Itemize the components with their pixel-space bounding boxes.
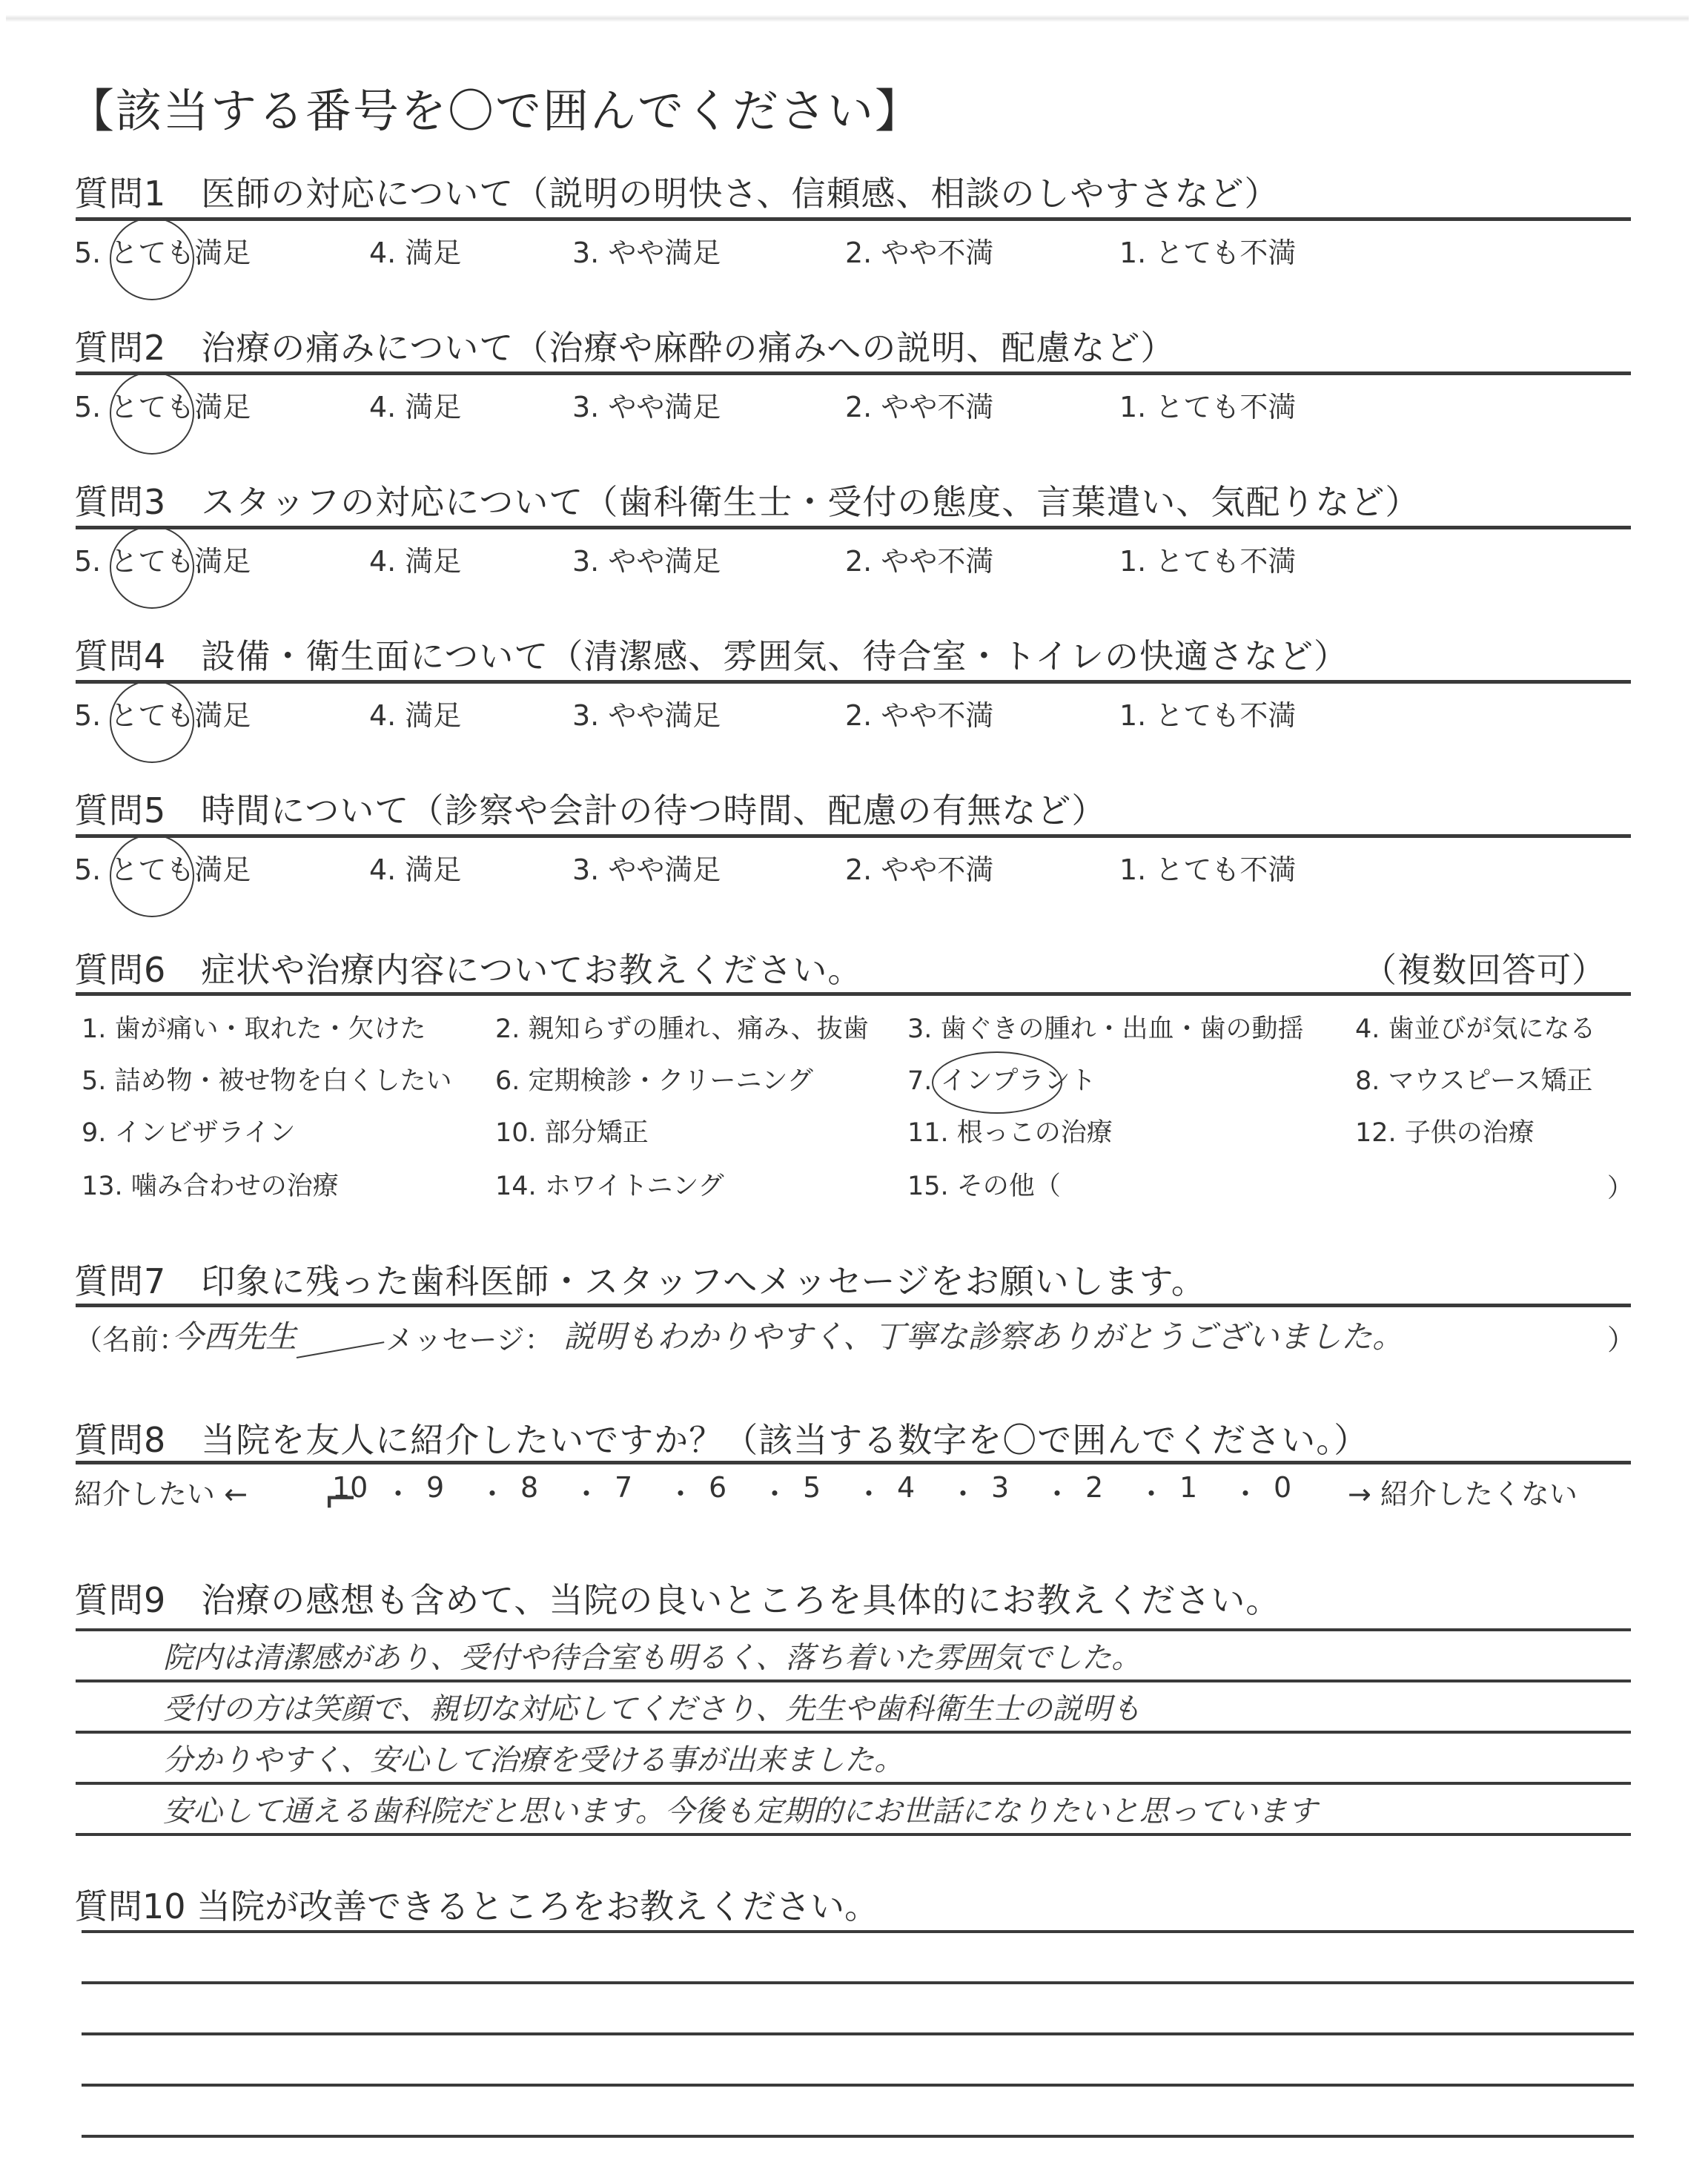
q8-separator-dot: ・ — [1137, 1471, 1165, 1512]
q9-writing-line — [76, 1782, 1631, 1785]
q5-rule — [76, 834, 1631, 838]
q1-option-2[interactable]: 2. やや不満 — [845, 230, 993, 271]
q5-option-2[interactable]: 2. やや不満 — [845, 847, 993, 888]
q8-score-2[interactable]: 2 — [1085, 1471, 1103, 1504]
q9-writing-line — [76, 1628, 1631, 1631]
q6-selection-circle — [932, 1051, 1062, 1114]
q4-option-1[interactable]: 1. とても不満 — [1119, 693, 1296, 733]
q4-option-3[interactable]: 3. やや満足 — [572, 693, 721, 733]
page-title: 【該当する番号を〇で囲んでください】 — [68, 74, 922, 140]
q3-selection-circle — [110, 526, 194, 609]
q9-writing-line — [76, 1680, 1631, 1682]
q8-right-label: → 紹介したくない — [1348, 1471, 1578, 1512]
q5-selection-circle — [110, 834, 194, 917]
q6-option-4[interactable]: 4. 歯並びが気になる — [1355, 1008, 1596, 1046]
q8-separator-dot: ・ — [572, 1471, 600, 1512]
q9-writing-line — [76, 1833, 1631, 1836]
q5-title: 質問5 時間について（診察や会計の待つ時間、配慮の有無など） — [74, 784, 1106, 833]
q3-option-3[interactable]: 3. やや満足 — [572, 538, 721, 579]
q6-rule — [76, 992, 1631, 996]
q8-score-9[interactable]: 9 — [426, 1471, 444, 1504]
q5-option-4[interactable]: 4. 満足 — [369, 847, 461, 888]
q6-option-10[interactable]: 10. 部分矯正 — [495, 1112, 649, 1149]
q8-score-5[interactable]: 5 — [803, 1471, 821, 1504]
q6-note: （複数回答可） — [1363, 943, 1606, 992]
q9-title: 質問9 治療の感想も含めて、当院の良いところを具体的にお教えください。 — [74, 1573, 1280, 1622]
q2-option-2[interactable]: 2. やや不満 — [845, 384, 993, 425]
q8-separator-dot: ・ — [478, 1471, 506, 1512]
q3-rule — [76, 526, 1631, 529]
q7-message-label: メッセージ： — [385, 1317, 553, 1358]
q6-option-5[interactable]: 5. 詰め物・被せ物を白くしたい — [82, 1060, 452, 1097]
q8-score-4[interactable]: 4 — [897, 1471, 915, 1504]
q10-title: 質問10 当院が改善できるところをお教えください。 — [74, 1880, 878, 1929]
q2-title: 質問2 治療の痛みについて（治療や麻酔の痛みへの説明、配慮など） — [74, 321, 1175, 370]
q5-option-1[interactable]: 1. とても不満 — [1119, 847, 1296, 888]
q2-rule — [76, 371, 1631, 375]
q6-option-3[interactable]: 3. 歯ぐきの腫れ・出血・歯の動揺 — [907, 1008, 1304, 1046]
q5-option-3[interactable]: 3. やや満足 — [572, 847, 721, 888]
q6-other-close: ） — [1607, 1168, 1633, 1205]
underline-stroke — [297, 1341, 385, 1358]
q6-option-15[interactable]: 15. その他（ — [907, 1166, 1061, 1203]
q6-title: 質問6 症状や治療内容についてお教えください。 — [74, 943, 862, 992]
q10-writing-line[interactable] — [82, 2084, 1634, 2087]
q8-separator-dot: ・ — [949, 1471, 977, 1512]
q8-handwritten-mark: ⌐ — [323, 1476, 358, 1524]
q2-option-4[interactable]: 4. 満足 — [369, 384, 461, 425]
q1-option-1[interactable]: 1. とても不満 — [1119, 230, 1296, 271]
q1-option-3[interactable]: 3. やや満足 — [572, 230, 721, 271]
q7-rule — [76, 1304, 1631, 1307]
q7-name-field[interactable]: 今西先生 — [172, 1312, 297, 1357]
q8-score-1[interactable]: 1 — [1179, 1471, 1197, 1504]
q2-option-3[interactable]: 3. やや満足 — [572, 384, 721, 425]
q8-separator-dot: ・ — [1043, 1471, 1071, 1512]
q6-option-8[interactable]: 8. マウスピース矯正 — [1355, 1060, 1592, 1097]
q6-option-9[interactable]: 9. インビザライン — [82, 1112, 295, 1149]
q8-left-label: 紹介したい ← — [74, 1471, 248, 1512]
q1-option-4[interactable]: 4. 満足 — [369, 230, 461, 271]
q6-option-13[interactable]: 13. 噛み合わせの治療 — [82, 1166, 339, 1203]
q8-separator-dot: ・ — [855, 1471, 883, 1512]
q6-option-1[interactable]: 1. 歯が痛い・取れた・欠けた — [82, 1008, 426, 1046]
q4-selection-circle — [110, 680, 194, 763]
q10-writing-line[interactable] — [82, 2032, 1634, 2035]
q8-title: 質問8 当院を友人に紹介したいですか？（該当する数字を〇で囲んでください。） — [74, 1413, 1368, 1462]
q8-score-3[interactable]: 3 — [991, 1471, 1009, 1504]
q2-option-1[interactable]: 1. とても不満 — [1119, 384, 1296, 425]
q3-title: 質問3 スタッフの対応について（歯科衛生士・受付の態度、言葉遣い、気配りなど） — [74, 475, 1420, 524]
q8-separator-dot: ・ — [666, 1471, 695, 1512]
q6-option-2[interactable]: 2. 親知らずの腫れ、痛み、抜歯 — [495, 1008, 869, 1046]
q9-answer-line[interactable]: 院内は清潔感があり、受付や待合室も明るく、落ち着いた雰囲気でした。 — [163, 1634, 1141, 1677]
q8-score-8[interactable]: 8 — [520, 1471, 538, 1504]
q10-writing-line[interactable] — [82, 2135, 1634, 2138]
q6-option-12[interactable]: 12. 子供の治療 — [1355, 1112, 1535, 1149]
q8-score-6[interactable]: 6 — [709, 1471, 726, 1504]
q7-message-field[interactable]: 説明もわかりやすく、丁寧な診察ありがとうございました。 — [563, 1312, 1403, 1357]
q3-option-2[interactable]: 2. やや不満 — [845, 538, 993, 579]
q8-separator-dot: ・ — [761, 1471, 789, 1512]
q4-option-2[interactable]: 2. やや不満 — [845, 693, 993, 733]
q3-option-4[interactable]: 4. 満足 — [369, 538, 461, 579]
q9-answer-line[interactable]: 安心して通える歯科院だと思います。今後も定期的にお世話になりたいと思っています — [163, 1788, 1317, 1830]
q1-selection-circle — [110, 217, 194, 300]
q4-option-4[interactable]: 4. 満足 — [369, 693, 461, 733]
q8-rule — [76, 1461, 1631, 1464]
q4-rule — [76, 680, 1631, 684]
q6-option-11[interactable]: 11. 根っこの治療 — [907, 1112, 1113, 1149]
q7-title: 質問7 印象に残った歯科医師・スタッフへメッセージをお願いします。 — [74, 1255, 1206, 1304]
q6-option-14[interactable]: 14. ホワイトニング — [495, 1166, 724, 1203]
q4-title: 質問4 設備・衛生面について（清潔感、雰囲気、待合室・トイレの快適さなど） — [74, 630, 1348, 678]
q10-writing-line[interactable] — [82, 1981, 1634, 1984]
q9-writing-line — [76, 1731, 1631, 1734]
q9-answer-line[interactable]: 受付の方は笑顔で、親切な対応してくださり、先生や歯科衛生士の説明も — [163, 1685, 1141, 1728]
q8-separator-dot: ・ — [384, 1471, 412, 1512]
q9-answer-line[interactable]: 分かりやすく、安心して治療を受ける事が出来ました。 — [163, 1737, 904, 1779]
q10-writing-line[interactable] — [82, 1930, 1634, 1933]
q7-name-label: （名前： — [74, 1317, 187, 1358]
q8-score-7[interactable]: 7 — [615, 1471, 632, 1504]
q1-rule — [76, 217, 1631, 221]
q8-separator-dot: ・ — [1231, 1471, 1260, 1512]
q2-selection-circle — [110, 371, 194, 455]
q3-option-1[interactable]: 1. とても不満 — [1119, 538, 1296, 579]
q7-close: ） — [1607, 1317, 1635, 1358]
q6-option-6[interactable]: 6. 定期検診・クリーニング — [495, 1060, 813, 1097]
q8-score-0[interactable]: 0 — [1274, 1471, 1291, 1504]
q1-title: 質問1 医師の対応について（説明の明快さ、信頼感、相談のしやすさなど） — [74, 167, 1280, 216]
scan-edge-shadow — [6, 15, 1689, 22]
